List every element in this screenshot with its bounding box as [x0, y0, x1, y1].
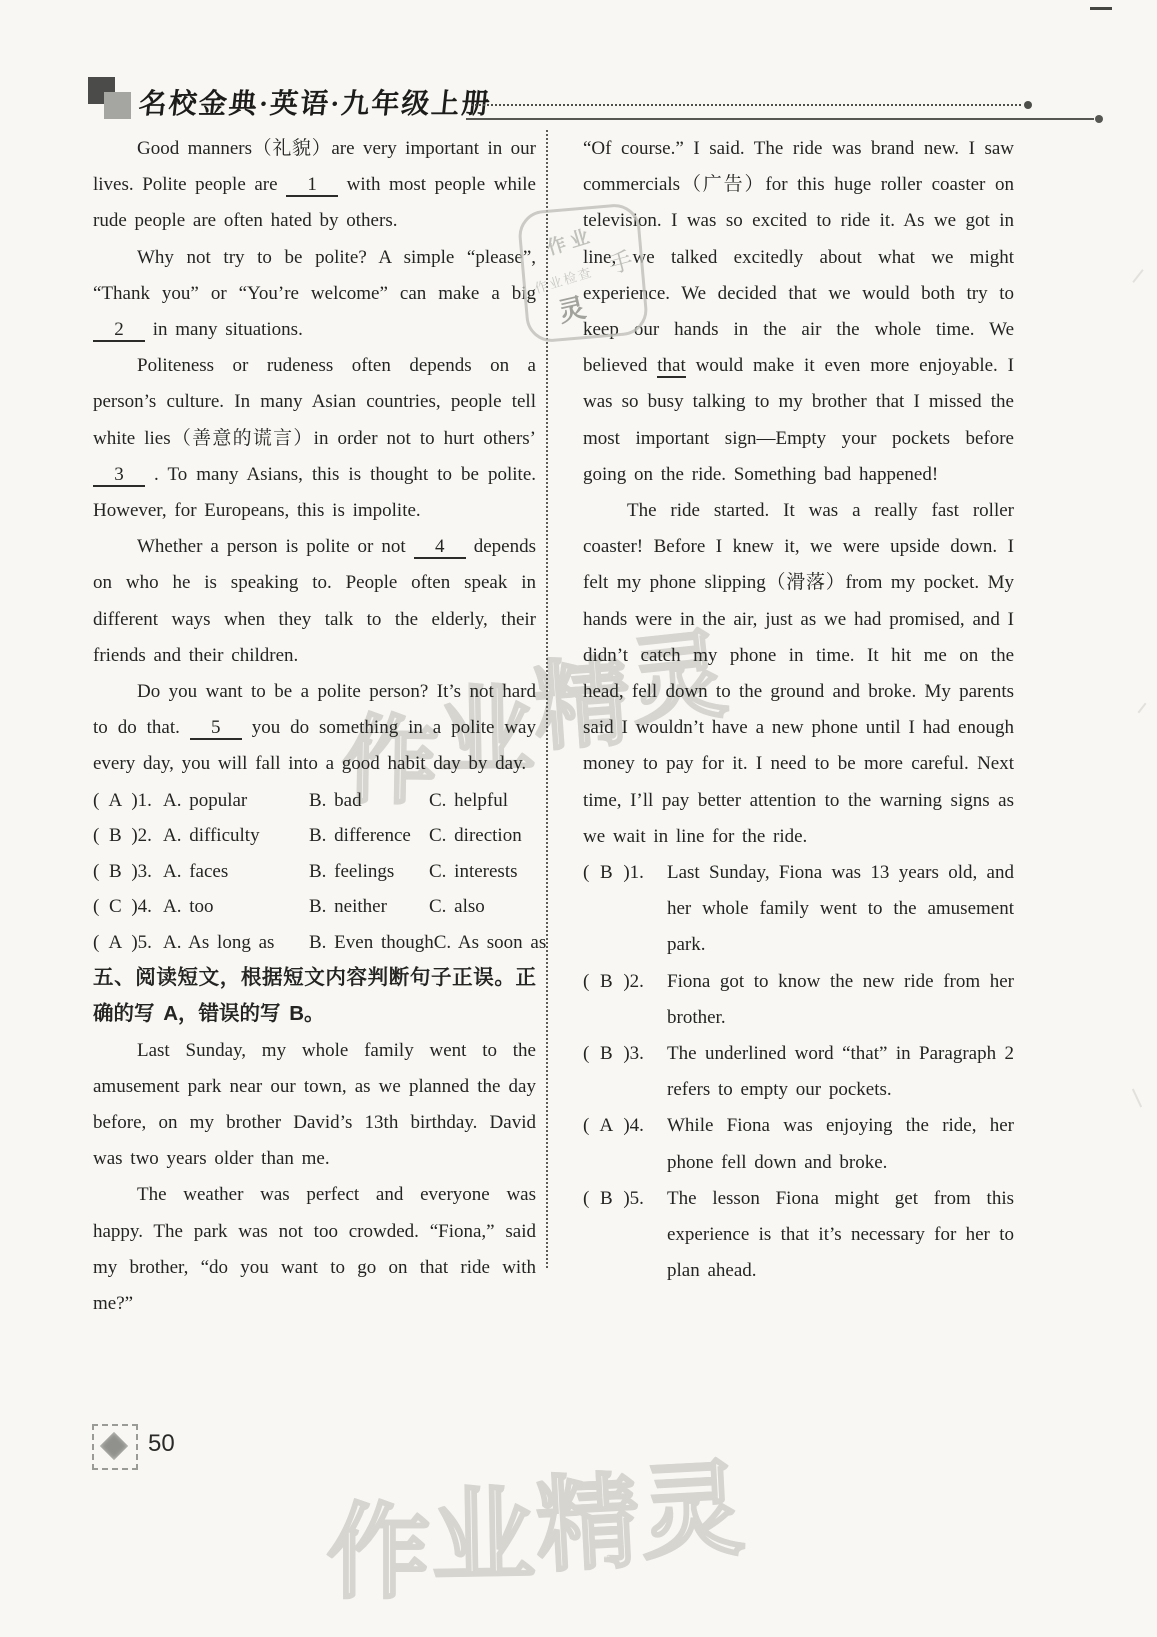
question-number: 5. — [138, 925, 152, 961]
paragraph: Why not try to be polite? A simple “plea… — [93, 240, 536, 349]
watermark-character: 精 — [532, 1439, 645, 1592]
cloze-passage: Good manners（礼貌）are very important in ou… — [93, 131, 536, 783]
logo-square-gray — [104, 92, 131, 119]
paragraph: The ride started. It was a really fast r… — [583, 493, 1014, 855]
cloze-option-row: (C)4.A. tooB. neitherC. also — [93, 889, 536, 925]
option-b: B. feelings — [309, 854, 429, 890]
option-c: C. interests — [429, 854, 518, 890]
watermark-zuoye-jingling-bottom: 作业精灵 — [322, 1435, 749, 1605]
textbook-page: 名校金典·英语·九年级上册 作业精灵 作业精灵 作业 作业检查 手 灵 Good… — [0, 0, 1157, 1637]
paragraph: Last Sunday, my whole family went to the… — [93, 1033, 536, 1178]
cloze-blank-5: 5 — [190, 718, 242, 740]
answer-prefix: (B)2. — [93, 818, 163, 854]
page-header-title: 名校金典·英语·九年级上册 — [137, 82, 494, 122]
answer-prefix: (A)5. — [93, 925, 163, 961]
answer-letter: B — [589, 964, 623, 1036]
scan-artifact — [1132, 269, 1143, 283]
cloze-option-row: (A)5.A. As long asB. Even thoughC. As so… — [93, 925, 536, 961]
paragraph: Whether a person is polite or not 4 depe… — [93, 529, 536, 674]
option-a: A. too — [163, 889, 309, 925]
tf-question-text: The underlined word “that” in Paragraph … — [667, 1036, 1014, 1108]
scan-artifact — [1138, 703, 1147, 714]
left-column: Good manners（礼貌）are very important in ou… — [93, 131, 536, 1322]
scan-artifact — [1132, 1089, 1142, 1108]
answer-prefix: (B)3. — [93, 854, 163, 890]
option-a: A. faces — [163, 854, 309, 890]
paragraph: Good manners（礼貌）are very important in ou… — [93, 131, 536, 240]
answer-prefix: (B)2. — [583, 964, 667, 1036]
header-dotted-rule-endpoint — [1024, 101, 1032, 109]
paragraph: Politeness or rudeness often depends on … — [93, 348, 536, 529]
option-c: C. direction — [429, 818, 522, 854]
option-b: B. Even though — [309, 925, 434, 961]
header-solid-rule-endpoint — [1095, 115, 1103, 123]
cloze-blank-3: 3 — [93, 465, 145, 487]
answer-letter: B — [99, 818, 131, 854]
paragraph: “Of course.” I said. The ride was brand … — [583, 131, 1014, 493]
tf-question-text: Last Sunday, Fiona was 13 years old, and… — [667, 855, 1014, 964]
tf-question-row: (B)1.Last Sunday, Fiona was 13 years old… — [583, 855, 1014, 964]
paragraph: Do you want to be a polite person? It’s … — [93, 674, 536, 783]
tf-question-text: Fiona got to know the new ride from her … — [667, 964, 1014, 1036]
answer-letter: B — [99, 854, 131, 890]
option-a: A. popular — [163, 783, 309, 819]
tf-question-row: (B)3.The underlined word “that” in Parag… — [583, 1036, 1014, 1108]
option-a: A. difficulty — [163, 818, 309, 854]
question-number: 3. — [630, 1036, 644, 1108]
option-c: C. also — [429, 889, 485, 925]
tf-question-row: (A)4.While Fiona was enjoying the ride, … — [583, 1108, 1014, 1180]
column-divider — [546, 130, 548, 1268]
answer-prefix: (A)1. — [93, 783, 163, 819]
answer-letter: A — [99, 925, 131, 961]
header-dotted-rule — [471, 104, 1021, 106]
true-false-questions: (B)1.Last Sunday, Fiona was 13 years old… — [583, 855, 1014, 1289]
answer-letter: C — [99, 889, 131, 925]
tf-question-row: (B)5.The lesson Fiona might get from thi… — [583, 1181, 1014, 1290]
option-b: B. difference — [309, 818, 429, 854]
tf-question-row: (B)2.Fiona got to know the new ride from… — [583, 964, 1014, 1036]
watermark-character: 灵 — [637, 1426, 750, 1579]
section-five-heading: 五、阅读短文，根据短文内容判断句子正误。正确的写 A，错误的写 B。 — [93, 960, 536, 1032]
watermark-character: 业 — [430, 1453, 538, 1603]
question-number: 1. — [138, 783, 152, 819]
answer-prefix: (A)4. — [583, 1108, 667, 1180]
header-solid-rule — [466, 118, 1094, 120]
tf-question-text: While Fiona was enjoying the ride, her p… — [667, 1108, 1014, 1180]
cloze-blank-1: 1 — [286, 175, 338, 197]
answer-prefix: (B)3. — [583, 1036, 667, 1108]
page-number-ornament — [92, 1424, 138, 1470]
question-number: 4. — [630, 1108, 644, 1180]
question-number: 5. — [630, 1181, 644, 1290]
underlined-word: that — [657, 355, 686, 378]
right-column: “Of course.” I said. The ride was brand … — [583, 131, 1014, 1290]
option-c: C. As soon as — [434, 925, 546, 961]
watermark-character: 作 — [327, 1470, 432, 1618]
reading-passage-part2: “Of course.” I said. The ride was brand … — [583, 131, 1014, 855]
cloze-option-row: (B)3.A. facesB. feelingsC. interests — [93, 854, 536, 890]
question-number: 3. — [138, 854, 152, 890]
paragraph: The weather was perfect and everyone was… — [93, 1177, 536, 1322]
answer-letter: A — [99, 783, 131, 819]
answer-prefix: (B)1. — [583, 855, 667, 964]
option-b: B. bad — [309, 783, 429, 819]
scan-corner-mark — [1090, 7, 1112, 10]
page-number: 50 — [148, 1430, 175, 1458]
question-number: 4. — [138, 889, 152, 925]
answer-letter: B — [589, 1036, 623, 1108]
cloze-option-row: (A)1.A. popularB. badC. helpful — [93, 783, 536, 819]
answer-letter: B — [589, 855, 623, 964]
question-number: 1. — [630, 855, 644, 964]
answer-prefix: (C)4. — [93, 889, 163, 925]
cloze-options: (A)1.A. popularB. badC. helpful(B)2.A. d… — [93, 783, 536, 961]
question-number: 2. — [630, 964, 644, 1036]
tf-question-text: The lesson Fiona might get from this exp… — [667, 1181, 1014, 1290]
cloze-blank-4: 4 — [414, 537, 466, 559]
diamond-icon — [100, 1432, 128, 1460]
cloze-blank-2: 2 — [93, 320, 145, 342]
answer-letter: B — [589, 1181, 623, 1290]
cloze-option-row: (B)2.A. difficultyB. differenceC. direct… — [93, 818, 536, 854]
option-b: B. neither — [309, 889, 429, 925]
reading-passage-part1: Last Sunday, my whole family went to the… — [93, 1033, 536, 1323]
option-c: C. helpful — [429, 783, 508, 819]
answer-letter: A — [589, 1108, 623, 1180]
question-number: 2. — [138, 818, 152, 854]
answer-prefix: (B)5. — [583, 1181, 667, 1290]
option-a: A. As long as — [163, 925, 309, 961]
